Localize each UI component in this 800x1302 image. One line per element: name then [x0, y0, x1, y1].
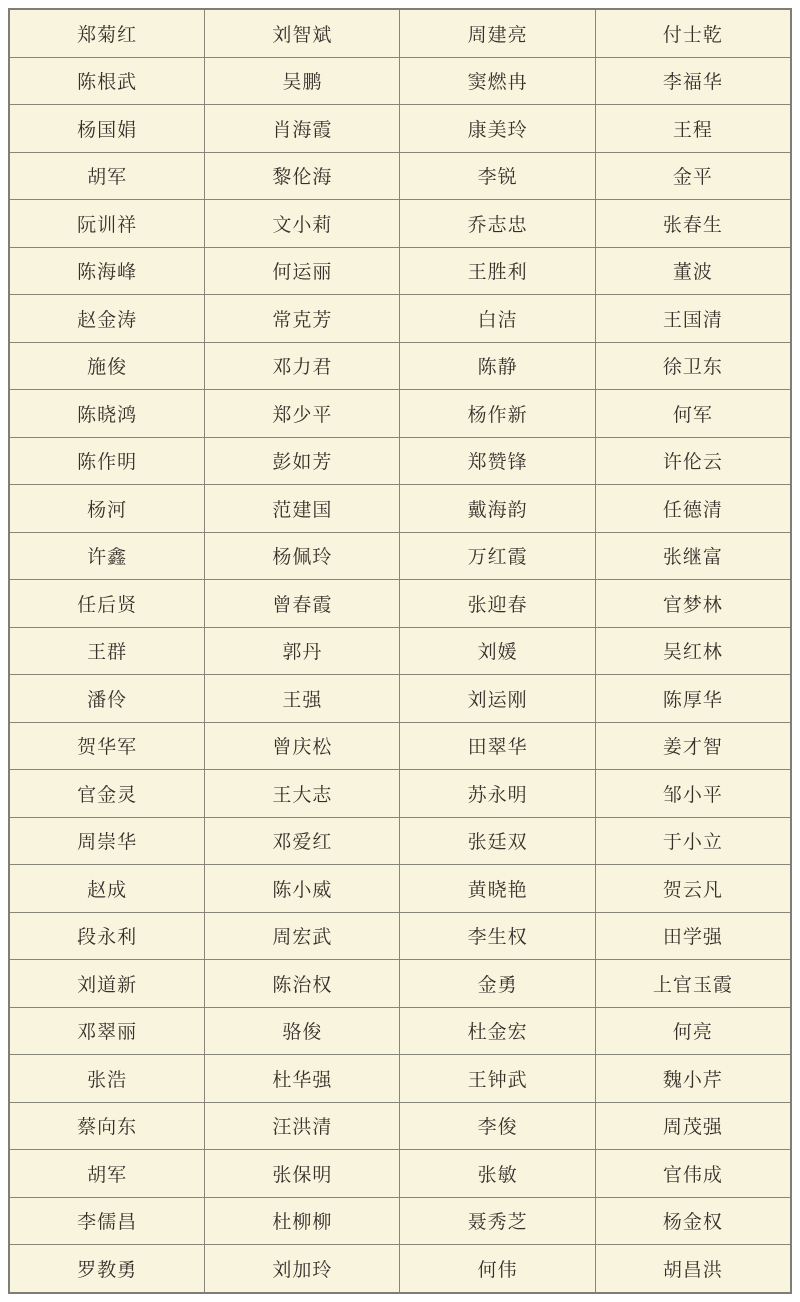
name-cell: 陈治权 [205, 960, 400, 1008]
name-cell: 胡军 [9, 1150, 205, 1198]
name-cell: 陈根武 [9, 57, 205, 105]
table-row: 刘道新陈治权金勇上官玉霞 [9, 960, 791, 1008]
name-cell: 官金灵 [9, 770, 205, 818]
table-row: 施俊邓力君陈静徐卫东 [9, 342, 791, 390]
name-cell: 刘媛 [400, 627, 595, 675]
name-cell: 杨河 [9, 485, 205, 533]
name-cell: 邓力君 [205, 342, 400, 390]
name-cell: 于小立 [595, 817, 791, 865]
name-cell: 段永利 [9, 912, 205, 960]
table-row: 任后贤曾春霞张迎春官梦林 [9, 580, 791, 628]
name-cell: 杨国娟 [9, 105, 205, 153]
table-row: 陈晓鸿郑少平杨作新何军 [9, 390, 791, 438]
name-cell: 贺云凡 [595, 865, 791, 913]
name-cell: 官伟成 [595, 1150, 791, 1198]
table-row: 潘伶王强刘运刚陈厚华 [9, 675, 791, 723]
table-row: 段永利周宏武李生权田学强 [9, 912, 791, 960]
name-cell: 姜才智 [595, 722, 791, 770]
name-cell: 张继富 [595, 532, 791, 580]
name-cell: 杨佩玲 [205, 532, 400, 580]
name-cell: 李儒昌 [9, 1197, 205, 1245]
name-cell: 陈晓鸿 [9, 390, 205, 438]
name-cell: 付士乾 [595, 9, 791, 57]
name-cell: 常克芳 [205, 295, 400, 343]
name-cell: 张春生 [595, 200, 791, 248]
name-cell: 郑菊红 [9, 9, 205, 57]
name-cell: 何伟 [400, 1245, 595, 1293]
name-cell: 贺华军 [9, 722, 205, 770]
name-cell: 张保明 [205, 1150, 400, 1198]
name-cell: 王大志 [205, 770, 400, 818]
name-cell: 邹小平 [595, 770, 791, 818]
name-cell: 胡军 [9, 152, 205, 200]
table-row: 陈作明彭如芳郑赞锋许伦云 [9, 437, 791, 485]
table-row: 蔡向东汪洪清李俊周茂强 [9, 1102, 791, 1150]
name-cell: 李锐 [400, 152, 595, 200]
name-cell: 肖海霞 [205, 105, 400, 153]
name-cell: 彭如芳 [205, 437, 400, 485]
name-cell: 苏永明 [400, 770, 595, 818]
table-row: 郑菊红刘智斌周建亮付士乾 [9, 9, 791, 57]
name-cell: 张迎春 [400, 580, 595, 628]
name-cell: 刘运刚 [400, 675, 595, 723]
table-row: 邓翠丽骆俊杜金宏何亮 [9, 1007, 791, 1055]
table-row: 杨国娟肖海霞康美玲王程 [9, 105, 791, 153]
name-cell: 乔志忠 [400, 200, 595, 248]
name-cell: 金平 [595, 152, 791, 200]
name-cell: 汪洪清 [205, 1102, 400, 1150]
name-cell: 王程 [595, 105, 791, 153]
name-cell: 许鑫 [9, 532, 205, 580]
name-cell: 何亮 [595, 1007, 791, 1055]
name-cell: 王国清 [595, 295, 791, 343]
name-cell: 上官玉霞 [595, 960, 791, 1008]
name-cell: 郭丹 [205, 627, 400, 675]
name-cell: 张浩 [9, 1055, 205, 1103]
name-cell: 李俊 [400, 1102, 595, 1150]
name-cell: 刘道新 [9, 960, 205, 1008]
name-cell: 杨作新 [400, 390, 595, 438]
name-cell: 阮训祥 [9, 200, 205, 248]
name-cell: 董波 [595, 247, 791, 295]
name-cell: 蔡向东 [9, 1102, 205, 1150]
name-cell: 陈小威 [205, 865, 400, 913]
table-row: 赵成陈小威黄晓艳贺云凡 [9, 865, 791, 913]
name-cell: 曾庆松 [205, 722, 400, 770]
name-cell: 周崇华 [9, 817, 205, 865]
name-cell: 任德清 [595, 485, 791, 533]
name-cell: 陈海峰 [9, 247, 205, 295]
name-cell: 郑少平 [205, 390, 400, 438]
name-cell: 骆俊 [205, 1007, 400, 1055]
name-cell: 康美玲 [400, 105, 595, 153]
name-cell: 陈静 [400, 342, 595, 390]
name-cell: 徐卫东 [595, 342, 791, 390]
name-cell: 聂秀芝 [400, 1197, 595, 1245]
table-row: 罗教勇刘加玲何伟胡昌洪 [9, 1245, 791, 1293]
name-cell: 何运丽 [205, 247, 400, 295]
table-row: 官金灵王大志苏永明邹小平 [9, 770, 791, 818]
name-cell: 金勇 [400, 960, 595, 1008]
table-row: 王群郭丹刘媛吴红林 [9, 627, 791, 675]
name-cell: 赵金涛 [9, 295, 205, 343]
name-cell: 范建国 [205, 485, 400, 533]
name-cell: 许伦云 [595, 437, 791, 485]
name-cell: 陈作明 [9, 437, 205, 485]
name-cell: 文小莉 [205, 200, 400, 248]
name-cell: 周宏武 [205, 912, 400, 960]
name-cell: 白洁 [400, 295, 595, 343]
name-cell: 王强 [205, 675, 400, 723]
name-cell: 王钟武 [400, 1055, 595, 1103]
name-cell: 施俊 [9, 342, 205, 390]
name-cell: 赵成 [9, 865, 205, 913]
name-roster-body: 郑菊红刘智斌周建亮付士乾陈根武吴鹏窦燃冉李福华杨国娟肖海霞康美玲王程胡军黎伦海李… [9, 9, 791, 1293]
name-cell: 杜金宏 [400, 1007, 595, 1055]
table-row: 杨河范建国戴海韵任德清 [9, 485, 791, 533]
table-row: 胡军黎伦海李锐金平 [9, 152, 791, 200]
name-cell: 官梦林 [595, 580, 791, 628]
table-row: 阮训祥文小莉乔志忠张春生 [9, 200, 791, 248]
name-cell: 李生权 [400, 912, 595, 960]
name-cell: 曾春霞 [205, 580, 400, 628]
table-row: 许鑫杨佩玲万红霞张继富 [9, 532, 791, 580]
table-row: 贺华军曾庆松田翠华姜才智 [9, 722, 791, 770]
name-cell: 田翠华 [400, 722, 595, 770]
name-cell: 胡昌洪 [595, 1245, 791, 1293]
name-cell: 王群 [9, 627, 205, 675]
name-cell: 邓爱红 [205, 817, 400, 865]
name-cell: 万红霞 [400, 532, 595, 580]
name-cell: 张敏 [400, 1150, 595, 1198]
name-cell: 潘伶 [9, 675, 205, 723]
name-cell: 刘加玲 [205, 1245, 400, 1293]
name-cell: 李福华 [595, 57, 791, 105]
table-row: 陈海峰何运丽王胜利董波 [9, 247, 791, 295]
name-cell: 周建亮 [400, 9, 595, 57]
name-cell: 魏小芹 [595, 1055, 791, 1103]
name-cell: 陈厚华 [595, 675, 791, 723]
name-cell: 黎伦海 [205, 152, 400, 200]
table-row: 李儒昌杜柳柳聂秀芝杨金权 [9, 1197, 791, 1245]
name-cell: 王胜利 [400, 247, 595, 295]
name-cell: 邓翠丽 [9, 1007, 205, 1055]
name-cell: 吴红林 [595, 627, 791, 675]
name-roster-table: 郑菊红刘智斌周建亮付士乾陈根武吴鹏窦燃冉李福华杨国娟肖海霞康美玲王程胡军黎伦海李… [8, 8, 792, 1294]
table-row: 胡军张保明张敏官伟成 [9, 1150, 791, 1198]
name-cell: 杨金权 [595, 1197, 791, 1245]
name-cell: 任后贤 [9, 580, 205, 628]
name-cell: 田学强 [595, 912, 791, 960]
name-cell: 刘智斌 [205, 9, 400, 57]
table-row: 周崇华邓爱红张廷双于小立 [9, 817, 791, 865]
table-row: 赵金涛常克芳白洁王国清 [9, 295, 791, 343]
name-cell: 郑赞锋 [400, 437, 595, 485]
name-cell: 黄晓艳 [400, 865, 595, 913]
table-row: 陈根武吴鹏窦燃冉李福华 [9, 57, 791, 105]
name-cell: 戴海韵 [400, 485, 595, 533]
name-cell: 吴鹏 [205, 57, 400, 105]
name-cell: 张廷双 [400, 817, 595, 865]
name-cell: 何军 [595, 390, 791, 438]
name-cell: 窦燃冉 [400, 57, 595, 105]
name-cell: 杜华强 [205, 1055, 400, 1103]
name-cell: 罗教勇 [9, 1245, 205, 1293]
name-cell: 杜柳柳 [205, 1197, 400, 1245]
name-cell: 周茂强 [595, 1102, 791, 1150]
table-row: 张浩杜华强王钟武魏小芹 [9, 1055, 791, 1103]
